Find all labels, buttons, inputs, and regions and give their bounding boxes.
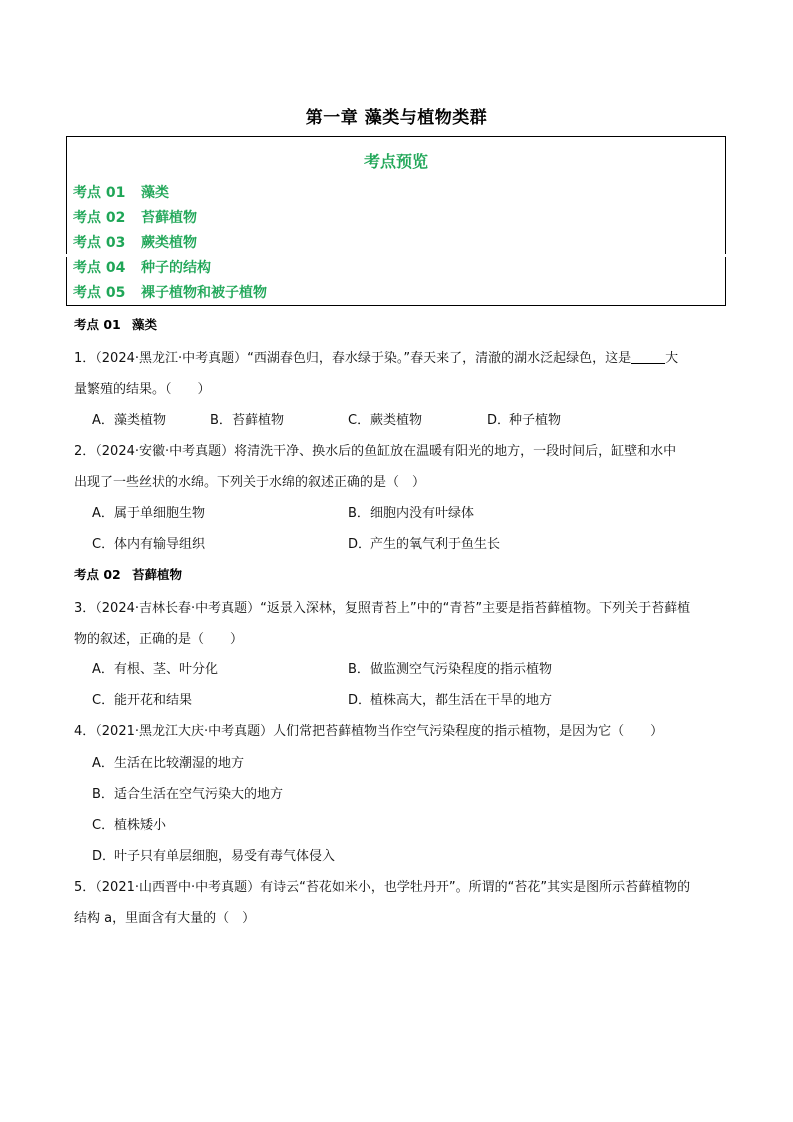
option-b: B．细胞内没有叶绿体 — [348, 502, 474, 521]
question-text: （2021·黑龙江大庆·中考真题）人们常把苔藓植物当作空气污染程度的指示植物，是… — [95, 724, 663, 739]
option-d: D．叶子只有单层细胞，易受有毒气体侵入 — [92, 845, 335, 864]
question-number: 5． — [74, 880, 95, 895]
preview-list: 考点 01藻类 考点 02苔藓植物 考点 03蕨类植物 考点 04种子的结构 考… — [73, 183, 267, 308]
option-letter: B． — [348, 502, 370, 521]
question-1: 1．（2024·黑龙江·中考真题）“西湖春色归，春水绿于染。”春天来了，清澈的湖… — [74, 347, 734, 366]
option-text: 叶子只有单层细胞，易受有毒气体侵入 — [114, 849, 335, 864]
option-text: 有根、茎、叶分化 — [114, 662, 218, 677]
option-text: 体内有输导组织 — [114, 537, 205, 552]
preview-heading: 考点预览 — [67, 149, 725, 172]
option-letter: C． — [92, 814, 114, 833]
option-text: 生活在比较潮湿的地方 — [114, 756, 244, 771]
border-gap — [65, 254, 68, 257]
option-text: 植株矮小 — [114, 818, 166, 833]
option-text: 苔藓植物 — [232, 413, 284, 428]
question-number: 3． — [74, 601, 95, 616]
question-number: 1． — [74, 351, 95, 366]
question-5-line-2: 结构 a，里面含有大量的（ ） — [74, 907, 734, 926]
preview-item-label: 蕨类植物 — [141, 235, 197, 251]
option-text: 藻类植物 — [114, 413, 166, 428]
question-3: 3．（2024·吉林长春·中考真题）“返景入深林，复照青苔上”中的“青苔”主要是… — [74, 597, 734, 616]
section-label: 苔藓植物 — [132, 567, 182, 582]
option-letter: C． — [348, 409, 370, 428]
question-number: 2． — [74, 444, 95, 459]
question-2-line-2: 出现了一些丝状的水绵。下列关于水绵的叙述正确的是（ ） — [74, 471, 734, 490]
preview-item-code: 考点 01 — [73, 183, 141, 203]
question-text: 量繁殖的结果。（ ） — [74, 382, 211, 397]
option-letter: A． — [92, 658, 114, 677]
question-text: 物的叙述，正确的是（ ） — [74, 632, 243, 647]
option-letter: A． — [92, 409, 114, 428]
option-text: 适合生活在空气污染大的地方 — [114, 787, 283, 802]
option-letter: A． — [92, 502, 114, 521]
preview-item: 考点 01藻类 — [73, 183, 267, 208]
option-letter: D． — [348, 533, 370, 552]
option-letter: B． — [210, 409, 232, 428]
question-4: 4．（2021·黑龙江大庆·中考真题）人们常把苔藓植物当作空气污染程度的指示植物… — [74, 720, 734, 739]
section-code: 考点 01 — [74, 315, 132, 333]
question-5: 5．（2021·山西晋中·中考真题）有诗云“苔花如米小，也学牡丹开”。所谓的“苔… — [74, 876, 734, 895]
option-text: 细胞内没有叶绿体 — [370, 506, 474, 521]
answer-blank — [631, 349, 665, 364]
option-b: B．苔藓植物 — [210, 409, 284, 428]
option-letter: C． — [92, 533, 114, 552]
option-text: 做监测空气污染程度的指示植物 — [370, 662, 552, 677]
option-letter: D． — [348, 689, 370, 708]
section-label: 藻类 — [132, 317, 157, 332]
question-text: （2024·吉林长春·中考真题）“返景入深林，复照青苔上”中的“青苔”主要是指苔… — [95, 601, 690, 616]
option-a: A．藻类植物 — [92, 409, 166, 428]
preview-item-label: 种子的结构 — [141, 260, 211, 276]
preview-item: 考点 03蕨类植物 — [73, 233, 267, 258]
question-text: （2024·黑龙江·中考真题）“西湖春色归，春水绿于染。”春天来了，清澈的湖水泛… — [95, 351, 631, 366]
preview-item-code: 考点 02 — [73, 208, 141, 228]
option-letter: B． — [348, 658, 370, 677]
option-c: C．蕨类植物 — [348, 409, 422, 428]
question-text: 出现了一些丝状的水绵。下列关于水绵的叙述正确的是（ ） — [74, 475, 425, 490]
option-text: 蕨类植物 — [370, 413, 422, 428]
question-2: 2．（2024·安徽·中考真题）将清洗干净、换水后的鱼缸放在温暖有阳光的地方，一… — [74, 440, 734, 459]
option-c: C．能开花和结果 — [92, 689, 192, 708]
option-text: 植株高大，都生活在干旱的地方 — [370, 693, 552, 708]
question-1-line-2: 量繁殖的结果。（ ） — [74, 378, 734, 397]
border-gap — [724, 254, 727, 257]
preview-item-code: 考点 03 — [73, 233, 141, 253]
option-d: D．产生的氧气利于鱼生长 — [348, 533, 500, 552]
option-a: A．生活在比较潮湿的地方 — [92, 752, 244, 771]
section-heading-01: 考点 01藻类 — [74, 315, 157, 333]
question-text: 大 — [665, 351, 678, 366]
preview-item: 考点 04种子的结构 — [73, 258, 267, 283]
section-code: 考点 02 — [74, 565, 132, 583]
preview-item-code: 考点 05 — [73, 283, 141, 303]
question-3-line-2: 物的叙述，正确的是（ ） — [74, 628, 734, 647]
option-b: B．做监测空气污染程度的指示植物 — [348, 658, 552, 677]
option-c: C．体内有输导组织 — [92, 533, 205, 552]
option-b: B．适合生活在空气污染大的地方 — [92, 783, 283, 802]
option-text: 种子植物 — [509, 413, 561, 428]
preview-item-code: 考点 04 — [73, 258, 141, 278]
preview-item-label: 藻类 — [141, 185, 169, 201]
preview-box: 考点预览 考点 01藻类 考点 02苔藓植物 考点 03蕨类植物 考点 04种子… — [66, 136, 726, 306]
option-text: 产生的氧气利于鱼生长 — [370, 537, 500, 552]
option-text: 属于单细胞生物 — [114, 506, 205, 521]
option-letter: A． — [92, 752, 114, 771]
question-text: （2021·山西晋中·中考真题）有诗云“苔花如米小，也学牡丹开”。所谓的“苔花”… — [95, 880, 690, 895]
page-title: 第一章 藻类与植物类群 — [0, 103, 793, 128]
question-text: 结构 a，里面含有大量的（ ） — [74, 911, 255, 926]
option-d: D．植株高大，都生活在干旱的地方 — [348, 689, 552, 708]
question-number: 4． — [74, 724, 95, 739]
option-a: A．属于单细胞生物 — [92, 502, 205, 521]
option-letter: B． — [92, 783, 114, 802]
preview-item: 考点 02苔藓植物 — [73, 208, 267, 233]
preview-item: 考点 05裸子植物和被子植物 — [73, 283, 267, 308]
section-heading-02: 考点 02苔藓植物 — [74, 565, 182, 583]
preview-item-label: 裸子植物和被子植物 — [141, 285, 267, 301]
option-c: C．植株矮小 — [92, 814, 166, 833]
preview-item-label: 苔藓植物 — [141, 210, 197, 226]
option-text: 能开花和结果 — [114, 693, 192, 708]
option-a: A．有根、茎、叶分化 — [92, 658, 218, 677]
option-letter: D． — [487, 409, 509, 428]
question-text: （2024·安徽·中考真题）将清洗干净、换水后的鱼缸放在温暖有阳光的地方，一段时… — [95, 444, 676, 459]
option-letter: C． — [92, 689, 114, 708]
option-d: D．种子植物 — [487, 409, 561, 428]
option-letter: D． — [92, 845, 114, 864]
